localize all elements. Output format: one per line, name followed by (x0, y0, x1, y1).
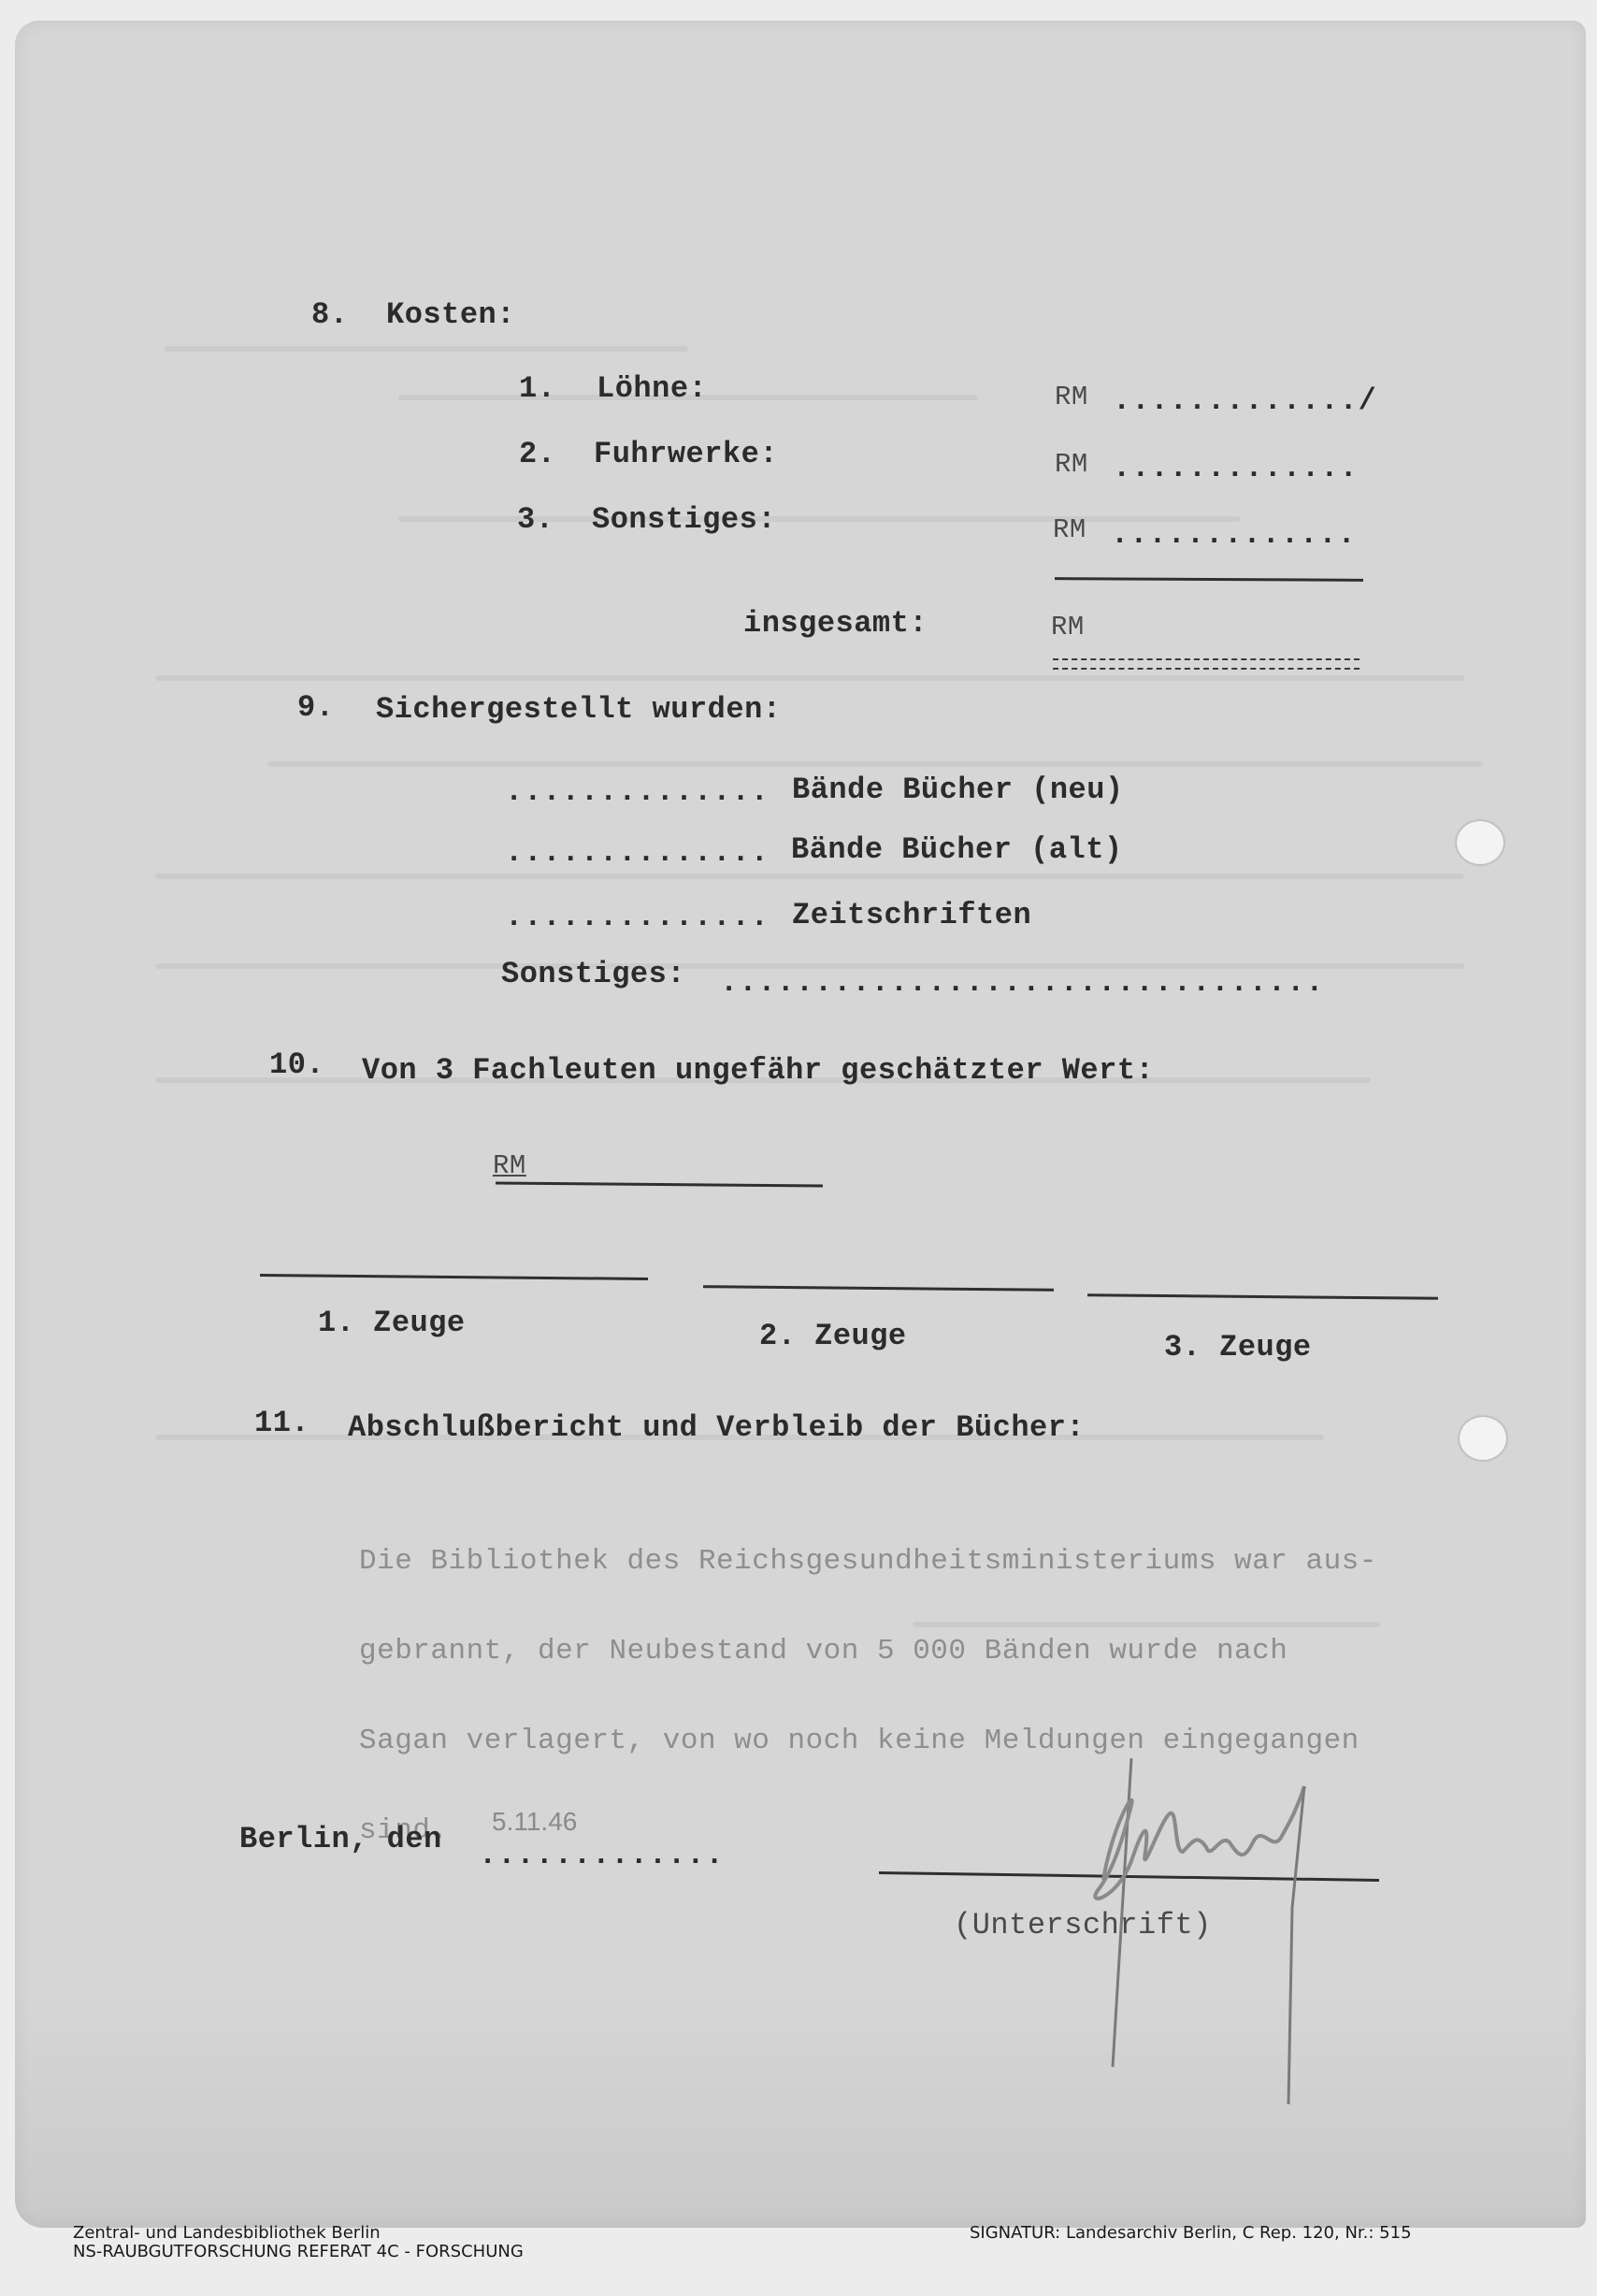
total-label: insgesamt: (743, 606, 928, 641)
show-through-mark (267, 761, 1483, 767)
report-line: gebrannt, der Neubestand von 5 000 Bände… (359, 1637, 1377, 1667)
cost-value-field[interactable]: ............. (1113, 451, 1359, 485)
section-number: 9. (297, 690, 334, 725)
section-title: Kosten: (386, 297, 515, 332)
value-currency: RM (493, 1150, 526, 1181)
other-field[interactable]: ................................ (720, 965, 1325, 1000)
cost-item-number: 2. (519, 437, 555, 471)
date-field[interactable]: ............. (479, 1838, 725, 1872)
total-double-underline (1053, 658, 1360, 670)
footer-right: SIGNATUR: Landesarchiv Berlin, C Rep. 12… (970, 2224, 1412, 2243)
cost-currency: RM (1053, 514, 1086, 545)
secured-count-field[interactable]: .............. (505, 835, 770, 870)
punch-hole (1460, 1417, 1506, 1460)
other-label: Sonstiges: (501, 957, 685, 991)
witness-label: 2. Zeuge (759, 1319, 907, 1353)
footer-left: Zentral- und Landesbibliothek Berlin NS-… (73, 2224, 524, 2261)
signature-label: (Unterschrift) (954, 1908, 1212, 1942)
footer-department: NS-RAUBGUTFORSCHUNG REFERAT 4C - FORSCHU… (73, 2243, 524, 2261)
cost-item-label: Fuhrwerke: (594, 437, 778, 471)
cost-item-label: Löhne: (597, 371, 707, 406)
place-label: Berlin, den (239, 1822, 442, 1856)
section-title: Von 3 Fachleuten ungefähr geschätzter We… (362, 1053, 1154, 1088)
show-through-mark (155, 874, 1464, 879)
show-through-mark (165, 346, 688, 352)
section-number: 10. (269, 1047, 324, 1082)
handwritten-date: 5.11.46 (492, 1807, 577, 1837)
total-currency: RM (1051, 612, 1085, 643)
cost-currency: RM (1055, 382, 1088, 412)
secured-item-label: Zeitschriften (792, 898, 1031, 932)
witness-label: 3. Zeuge (1164, 1330, 1312, 1365)
secured-item-label: Bände Bücher (neu) (792, 773, 1124, 807)
secured-count-field[interactable]: .............. (505, 900, 770, 934)
witness-label: 1. Zeuge (318, 1306, 466, 1340)
footer-signature: SIGNATUR: Landesarchiv Berlin, C Rep. 12… (970, 2224, 1412, 2243)
section-number: 11. (254, 1406, 309, 1440)
punch-hole (1457, 821, 1503, 864)
cost-item-label: Sonstiges: (592, 502, 776, 537)
cost-item-number: 3. (517, 502, 554, 537)
footer-library: Zentral- und Landesbibliothek Berlin (73, 2224, 524, 2243)
section-title: Sichergestellt wurden: (376, 692, 781, 727)
section-number: 8. (311, 297, 348, 332)
report-line: Die Bibliothek des Reichsgesundheitsmini… (359, 1547, 1377, 1577)
cost-value-field[interactable]: ............. (1111, 517, 1357, 552)
section-title: Abschlußbericht und Verbleib der Bücher: (348, 1410, 1085, 1445)
secured-item-label: Bände Bücher (alt) (791, 832, 1123, 867)
cost-item-number: 1. (519, 371, 555, 406)
cost-currency: RM (1055, 449, 1088, 480)
show-through-mark (155, 675, 1464, 681)
cost-value-field[interactable]: ............./ (1113, 383, 1377, 418)
secured-count-field[interactable]: .............. (505, 774, 770, 809)
